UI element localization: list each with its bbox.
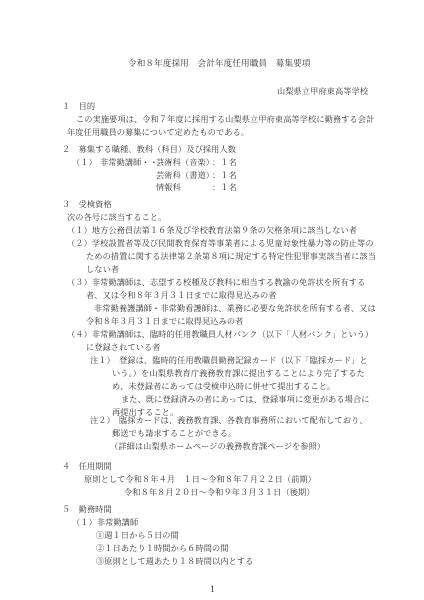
note-1-line: め、未登録者にあっては受検申込時に併せて提出すること。 [112,381,335,392]
note-2-line: （詳細は山梨県ホームページの義務教育課ページを参照） [110,441,325,452]
section-3-line: 令和８年３月３１日までに取得見込みの者 [86,316,243,327]
section-3-line: 非常勤養護講師・非常勤看護師は、業務に必要な免許状を所有する者、又は [94,303,376,314]
term-second: 令和８年８月２０日～令和９年３月３１日（後期） [124,487,315,498]
section-1-heading: １ 目的 [62,101,95,112]
section-1-line: 年度任用職員の募集について定めたものである。 [67,127,249,138]
section-3-line: （３）非常勤講師は、志望する校種及び教科に相当する教諭の免許状を所有する [67,277,365,288]
note-1-line: また、既に登録済みの者にあっては、登録事項に変更がある場合に [121,394,370,405]
section-3-line: （４）非常勤講師は、臨時的任用教職員人材バンク（以下「人材バンク」という） [67,329,373,340]
section-5-line: ③原則として週あたり１８時間以内とする [96,556,253,567]
count-label: ：１名 [212,182,237,193]
subject-label: 情報科 [156,182,181,193]
section-3-line: ための措置に関する法律第２条第８項に規定する特定性犯罪事実該当者に該当 [86,251,376,262]
page-number: 1 [210,584,215,595]
section-3-line: しない者 [86,264,119,275]
organization-name: 山梨県立甲府東高等学校 [277,86,368,97]
item-number: （１） [72,157,97,168]
section-3-line: 次の各号に該当すること。 [67,212,166,223]
section-5-line: ②１日あたり１時間から６時間の間 [96,543,229,554]
count-label: ：１名 [212,157,237,168]
section-5-heading: ５ 勤務時間 [62,504,112,515]
section-4-heading: ４ 任用期間 [62,461,112,472]
section-3-line: （２）学校設置者等及び民間教育保育等事業者による児童対象性暴力等の防止等の [67,238,374,249]
section-3-heading: ３ 受検資格 [62,199,112,210]
section-1-line: この実施要項は、令和７年度に採用する山梨県立甲府東高等学校に勤務する会計 [76,114,374,125]
section-2-heading: ２ 募集する職種、教科（科目）及び採用人数 [62,144,236,155]
subject-label: 芸術科（書道） [156,170,214,181]
note-2: 注２） 臨採カードは、義務教育課、各教育事務所において配布しており、 [90,415,368,426]
note-1-line: いう。）を山梨県教育庁義務教育課に提出することにより完了するた [112,368,365,379]
section-3-line: （１）地方公務員法第１６条及び学校教育法第９条の欠格条項に該当しない者 [67,225,357,236]
document-title: 令和８年度採用 会計年度任用職員 募集要項 [128,59,311,70]
section-3-line: 者、又は令和８年３月３１日までに取得見込みの者 [86,290,277,301]
section-5-line: （１）非常勤講師 [72,517,138,528]
note-1: 注１） 登録は、臨時的任用教職員勤務記録カード（以下「臨採カード」と [90,355,368,366]
section-5-line: ①週１日から５日の間 [96,530,179,541]
subject-label: 芸術科（音楽） [156,157,214,168]
section-3-line: に登録されている者 [86,342,161,353]
count-label: ：１名 [212,170,237,181]
note-2-line: 郵送でも請求することができる。 [112,428,236,439]
term-first: 原則として令和８年４月 １日～令和８年７月２２日（前期） [84,474,316,485]
